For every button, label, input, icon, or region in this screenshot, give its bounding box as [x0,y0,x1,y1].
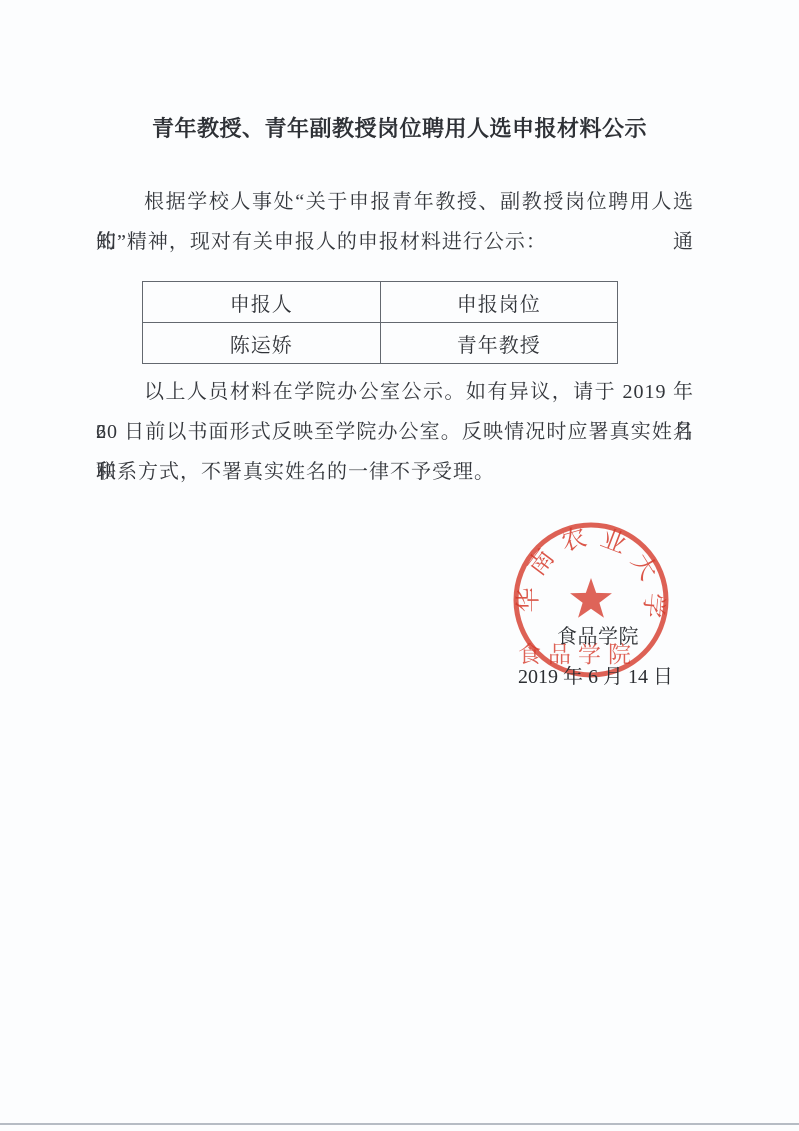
stamp-arc-char: 学 [638,592,668,619]
paragraph-line: 20 日前以书面形式反映至学院办公室。反映情况时应署真实姓名和 [96,412,694,452]
table-header-row: 申报人 申报岗位 [143,282,618,323]
paragraph-line: 联系方式，不署真实姓名的一律不予受理。 [96,452,694,492]
document-title: 青年教授、青年副教授岗位聘用人选申报材料公示 [0,114,799,144]
applicants-table: 申报人 申报岗位 陈运娇 青年教授 [142,281,618,364]
star-icon [570,578,612,618]
cell-applicant-name: 陈运娇 [143,323,381,364]
intro-paragraph: 根据学校人事处“关于申报青年教授、副教授岗位聘用人选的通 知”精神，现对有关申报… [96,182,694,262]
stamp-arc-char: 大 [626,549,663,585]
scanned-document-page: 青年教授、青年副教授岗位聘用人选申报材料公示 根据学校人事处“关于申报青年教授、… [0,0,799,1131]
signature-department: 食品学院 [557,625,639,649]
stamp-arc-char: 业 [597,525,630,559]
official-seal-stamp: 华 南 农 业 大 学 食品学院 [505,514,677,686]
header-cell-applicant: 申报人 [143,282,381,323]
paragraph-line: 以上人员材料在学院办公室公示。如有异议，请于 2019 年 6 月 [96,372,694,412]
signature-date: 2019 年 6 月 14 日 [518,664,673,690]
stamp-arc-char: 华 [515,587,543,612]
table-row: 陈运娇 青年教授 [143,323,618,364]
stamp-arc-char: 南 [522,544,559,581]
paragraph-line: 根据学校人事处“关于申报青年教授、副教授岗位聘用人选的通 [96,182,694,222]
notice-paragraph: 以上人员材料在学院办公室公示。如有异议，请于 2019 年 6 月 20 日前以… [96,372,694,492]
cell-position: 青年教授 [380,323,618,364]
scan-bottom-edge [0,1123,799,1125]
header-cell-position: 申报岗位 [380,282,618,323]
